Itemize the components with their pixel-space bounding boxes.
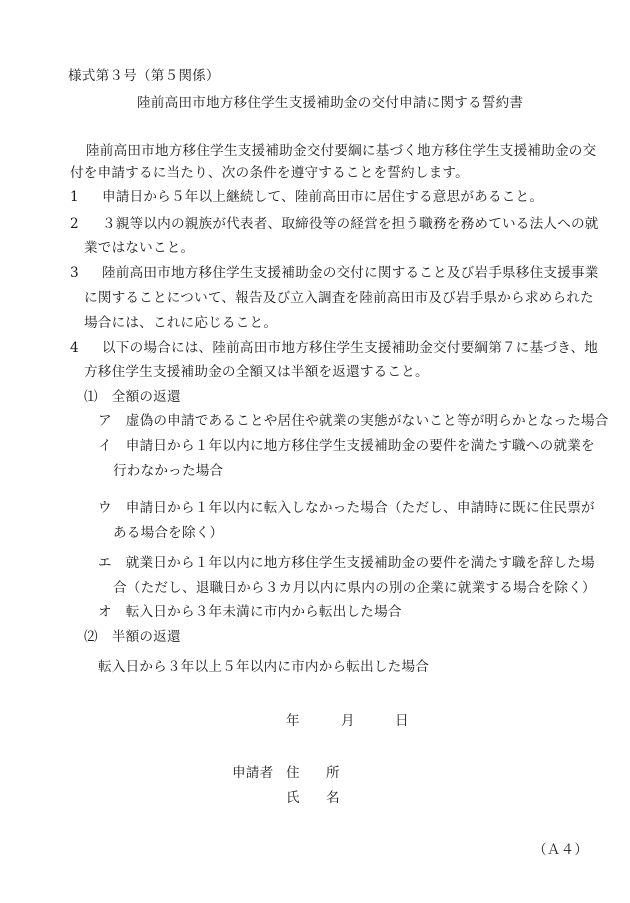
item-2: 2３親等以内の親族が代表者、取締役等の経営を担う職務を務めている法人への就 (70, 216, 599, 232)
date-day: 日 (395, 713, 409, 729)
item-text: 陸前高田市地方移住学生支援補助金の交付に関すること及び岩手県移住支援事業 (102, 265, 599, 281)
item-text: 申請日から５年以上継続して、陸前高田市に居住する意思があること。 (102, 189, 543, 205)
item-1: 1申請日から５年以上継続して、陸前高田市に居住する意思があること。 (70, 189, 543, 205)
case-u-cont: ある場合を除く） (113, 525, 223, 541)
applicant-label: 申請者 (232, 765, 273, 781)
heading-text: 半額の返還 (112, 629, 181, 645)
item-3: 3陸前高田市地方移住学生支援補助金の交付に関すること及び岩手県移住支援事業 (70, 265, 599, 281)
item-text: ３親等以内の親族が代表者、取締役等の経営を担う職務を務めている法人への就 (102, 216, 599, 232)
paper-size: （Ａ４） (533, 842, 588, 858)
item-3-cont-1: に関することについて、報告及び立入調査を陸前高田市及び岩手県から求められた (84, 290, 594, 306)
case-u: ウ申請日から１年以内に転入しなかった場合（ただし、申請時に既に住民票が (98, 500, 595, 516)
case-text: 虚偽の申請であることや居住や就業の実態がないこと等が明らかとなった場合 (126, 413, 609, 429)
full-refund-heading: ⑴全額の返還 (84, 389, 181, 405)
case-i: イ申請日から１年以内に地方移住学生支援補助金の要件を満たす職への就業を (98, 438, 595, 454)
item-number: 2 (70, 216, 94, 232)
intro-line-2: 付を申請するに当たり、次の条件を遵守することを誓約します。 (70, 165, 469, 181)
intro-line-1: 陸前高田市地方移住学生支援補助金交付要綱に基づく地方移住学生支援補助金の交 (86, 143, 596, 159)
date-year: 年 (286, 713, 300, 729)
name-label-1: 氏 (286, 790, 300, 806)
half-refund-heading: ⑵半額の返還 (84, 629, 181, 645)
case-a: ア虚偽の申請であることや居住や就業の実態がないこと等が明らかとなった場合 (98, 413, 609, 429)
case-text: 転入日から３年未満に市内から転出した場合 (126, 604, 402, 620)
case-i-cont: 行わなかった場合 (113, 463, 223, 479)
item-number: 3 (70, 265, 94, 281)
item-number: 1 (70, 189, 94, 205)
item-4: 4以下の場合には、陸前高田市地方移住学生支援補助金交付要綱第７に基づき、地 (70, 340, 598, 356)
case-e-cont: 合（ただし、退職日から３カ月以内に県内の別の企業に就業する場合を除く） (113, 580, 596, 596)
form-number: 様式第３号（第５関係） (68, 68, 220, 84)
case-text: 申請日から１年以内に転入しなかった場合（ただし、申請時に既に住民票が (126, 500, 595, 516)
case-mark: オ (98, 604, 112, 620)
address-label-2: 所 (326, 765, 340, 781)
case-text: 申請日から１年以内に地方移住学生支援補助金の要件を満たす職への就業を (126, 438, 595, 454)
case-mark: ウ (98, 500, 112, 516)
case-e: エ就業日から１年以内に地方移住学生支援補助金の要件を満たす職を辞した場 (98, 555, 595, 571)
case-o: オ転入日から３年未満に市内から転出した場合 (98, 604, 402, 620)
case-text: 就業日から１年以内に地方移住学生支援補助金の要件を満たす職を辞した場 (126, 555, 595, 571)
item-text: 以下の場合には、陸前高田市地方移住学生支援補助金交付要綱第７に基づき、地 (102, 340, 598, 356)
heading-number: ⑴ (84, 389, 98, 405)
heading-number: ⑵ (84, 629, 98, 645)
item-number: 4 (70, 340, 94, 356)
case-mark: エ (98, 555, 112, 571)
address-label-1: 住 (286, 765, 300, 781)
document-title: 陸前高田市地方移住学生支援補助金の交付申請に関する誓約書 (137, 95, 523, 111)
item-3-cont-2: 場合には、これに応じること。 (84, 315, 277, 331)
item-4-cont: 方移住学生支援補助金の全額又は半額を返還すること。 (84, 364, 429, 380)
item-2-cont: 業ではないこと。 (84, 240, 194, 256)
case-mark: ア (98, 413, 112, 429)
half-refund-text: 転入日から３年以上５年以内に市内から転出した場合 (98, 659, 429, 675)
heading-text: 全額の返還 (112, 389, 181, 405)
date-month: 月 (341, 713, 355, 729)
case-mark: イ (98, 438, 112, 454)
name-label-2: 名 (326, 790, 340, 806)
